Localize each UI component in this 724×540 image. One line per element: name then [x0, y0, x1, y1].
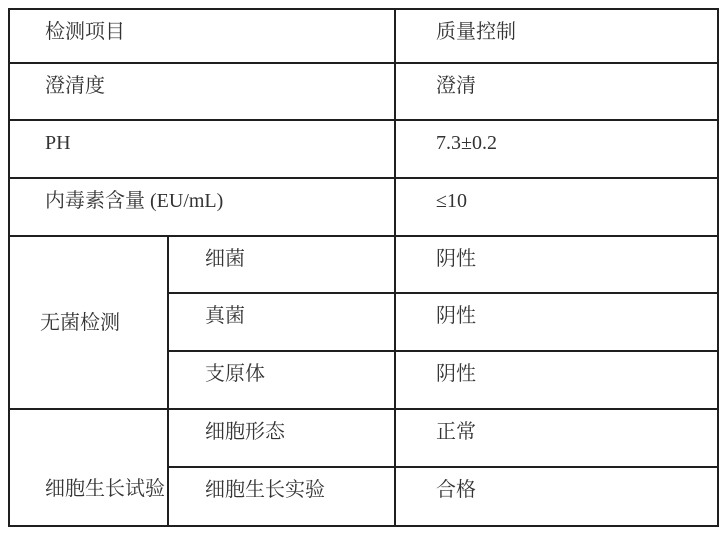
row-cell-morphology: 细胞生长试验 细胞形态 正常	[9, 409, 718, 467]
value-cell: 阴性	[395, 236, 718, 293]
sub-item-cell: 支原体	[168, 351, 395, 409]
item-cell: 内毒素含量 (EU/mL)	[9, 178, 395, 236]
value-cell: 7.3±0.2	[395, 120, 718, 178]
value-cell: 正常	[395, 409, 718, 467]
header-quality-control-cell: 质量控制	[395, 9, 718, 63]
sub-item-cell: 细菌	[168, 236, 395, 293]
row-endotoxin: 内毒素含量 (EU/mL) ≤10	[9, 178, 718, 236]
header-test-item-cell: 检测项目	[9, 9, 395, 63]
item-cell: PH	[9, 120, 395, 178]
value-cell: 合格	[395, 467, 718, 526]
value-cell: 阴性	[395, 293, 718, 351]
row-clarity: 澄清度 澄清	[9, 63, 718, 120]
sub-item-cell: 细胞生长实验	[168, 467, 395, 526]
value-cell: ≤10	[395, 178, 718, 236]
group-label-sterility-cell: 无菌检测	[9, 236, 168, 409]
quality-control-table: 检测项目 质量控制 澄清度 澄清 PH 7.3±0.2 内毒素含量 (EU/mL…	[8, 8, 719, 527]
group-label-cell-growth-cell: 细胞生长试验	[9, 409, 168, 526]
row-ph: PH 7.3±0.2	[9, 120, 718, 178]
value-cell: 阴性	[395, 351, 718, 409]
sub-item-cell: 真菌	[168, 293, 395, 351]
row-bacteria: 无菌检测 细菌 阴性	[9, 236, 718, 293]
item-cell: 澄清度	[9, 63, 395, 120]
sub-item-cell: 细胞形态	[168, 409, 395, 467]
document-page: 检测项目 质量控制 澄清度 澄清 PH 7.3±0.2 内毒素含量 (EU/mL…	[0, 0, 724, 540]
header-row: 检测项目 质量控制	[9, 9, 718, 63]
value-cell: 澄清	[395, 63, 718, 120]
